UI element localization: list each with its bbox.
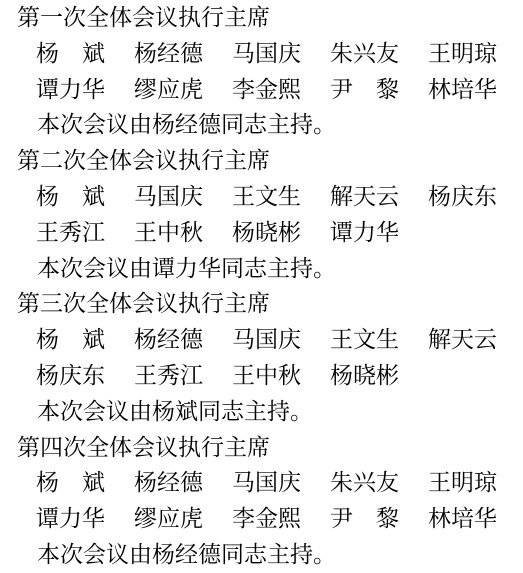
person-name: 杨 斌: [36, 465, 105, 501]
person-name: 谭力华: [36, 72, 105, 108]
person-name: 马国庆: [134, 179, 203, 215]
person-name: 杨庆东: [428, 179, 497, 215]
person-name: 杨晓彬: [232, 215, 301, 251]
person-name: 缪应虎: [134, 501, 203, 537]
person-name: 李金熙: [232, 72, 301, 108]
names-row: 谭力华 缪应虎 李金熙 尹 黎 林培华: [0, 72, 523, 108]
session-section-1: 第一次全体会议执行主席 杨 斌 杨经德 马国庆 朱兴友 王明琼 谭力华 缪应虎 …: [0, 0, 523, 143]
person-name: 杨庆东: [36, 358, 105, 394]
person-name: 李金熙: [232, 501, 301, 537]
session-section-2: 第二次全体会议执行主席 杨 斌 马国庆 王文生 解天云 杨庆东 王秀江 王中秋 …: [0, 143, 523, 286]
names-row: 杨 斌 杨经德 马国庆 王文生 解天云: [0, 322, 523, 358]
person-name: 尹 黎: [330, 501, 399, 537]
person-name: 王秀江: [134, 358, 203, 394]
person-name: 朱兴友: [330, 36, 399, 72]
person-name: 杨经德: [134, 36, 203, 72]
person-name: 朱兴友: [330, 465, 399, 501]
person-name: 王文生: [330, 322, 399, 358]
person-name: 林培华: [428, 72, 497, 108]
person-name: 缪应虎: [134, 72, 203, 108]
session-section-3: 第三次全体会议执行主席 杨 斌 杨经德 马国庆 王文生 解天云 杨庆东 王秀江 …: [0, 286, 523, 429]
names-row: 杨 斌 杨经德 马国庆 朱兴友 王明琼: [0, 465, 523, 501]
person-name: 杨 斌: [36, 36, 105, 72]
person-name: 林培华: [428, 501, 497, 537]
session-section-4: 第四次全体会议执行主席 杨 斌 杨经德 马国庆 朱兴友 王明琼 谭力华 缪应虎 …: [0, 430, 523, 573]
names-row: 杨 斌 马国庆 王文生 解天云 杨庆东: [0, 179, 523, 215]
person-name: 王明琼: [428, 465, 497, 501]
host-line: 本次会议由谭力华同志主持。: [0, 251, 523, 287]
person-name: 王明琼: [428, 36, 497, 72]
person-name: 尹 黎: [330, 72, 399, 108]
person-name: 王中秋: [232, 358, 301, 394]
person-name: 马国庆: [232, 36, 301, 72]
host-line: 本次会议由杨经德同志主持。: [0, 537, 523, 573]
person-name: 谭力华: [330, 215, 399, 251]
section-heading: 第三次全体会议执行主席: [0, 286, 523, 322]
section-heading: 第四次全体会议执行主席: [0, 430, 523, 466]
person-name: 杨经德: [134, 322, 203, 358]
host-line: 本次会议由杨斌同志主持。: [0, 394, 523, 430]
person-name: 杨 斌: [36, 322, 105, 358]
host-line: 本次会议由杨经德同志主持。: [0, 107, 523, 143]
person-name: 王秀江: [36, 215, 105, 251]
person-name: 杨晓彬: [330, 358, 399, 394]
person-name: 杨经德: [134, 465, 203, 501]
names-row: 谭力华 缪应虎 李金熙 尹 黎 林培华: [0, 501, 523, 537]
person-name: 马国庆: [232, 322, 301, 358]
person-name: 解天云: [330, 179, 399, 215]
person-name: 王中秋: [134, 215, 203, 251]
document-page: 第一次全体会议执行主席 杨 斌 杨经德 马国庆 朱兴友 王明琼 谭力华 缪应虎 …: [0, 0, 523, 573]
person-name: 谭力华: [36, 501, 105, 537]
section-heading: 第二次全体会议执行主席: [0, 143, 523, 179]
person-name: 马国庆: [232, 465, 301, 501]
person-name: 杨 斌: [36, 179, 105, 215]
names-row: 王秀江 王中秋 杨晓彬 谭力华: [0, 215, 523, 251]
section-heading: 第一次全体会议执行主席: [0, 0, 523, 36]
names-row: 杨庆东 王秀江 王中秋 杨晓彬: [0, 358, 523, 394]
person-name: 解天云: [428, 322, 497, 358]
person-name: 王文生: [232, 179, 301, 215]
names-row: 杨 斌 杨经德 马国庆 朱兴友 王明琼: [0, 36, 523, 72]
